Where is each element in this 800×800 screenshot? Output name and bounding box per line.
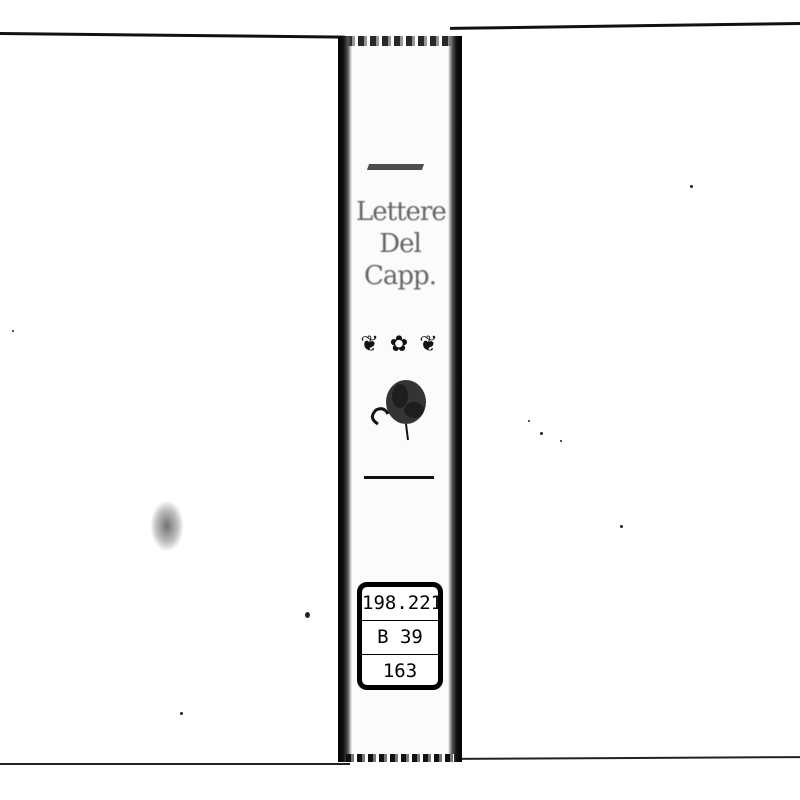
shelfmark-label: 198.221 B 39 163	[357, 582, 443, 690]
spine-title-line: Capp.	[356, 260, 444, 292]
spine-title: Lettere Del Capp.	[356, 196, 444, 292]
board-stain	[150, 500, 184, 552]
speck	[180, 712, 183, 715]
speck	[620, 525, 623, 528]
left-board-top-edge	[0, 32, 345, 39]
speck	[305, 612, 310, 618]
right-board-bottom-edge	[455, 756, 800, 760]
spine-title-line: Lettere	[356, 196, 444, 228]
speck	[12, 330, 14, 332]
spine-headcap	[346, 36, 454, 46]
right-board-top-edge	[450, 22, 800, 30]
title-rule	[367, 164, 424, 170]
shelfmark-class: 198.221	[362, 587, 438, 621]
floral-ornament-icon	[358, 366, 442, 446]
speck	[540, 432, 543, 435]
spine-title-line: Del	[356, 228, 444, 260]
left-board-bottom-edge	[0, 763, 350, 765]
book-spine: Lettere Del Capp. ❦ ✿ ❦ 198.221 B 39 163	[338, 36, 462, 762]
speck	[560, 440, 562, 442]
shelfmark-cutter: B 39	[362, 621, 438, 655]
shelfmark-number: 163	[362, 655, 438, 688]
fleuron-row: ❦ ✿ ❦	[356, 332, 444, 360]
spine-tailcap	[346, 754, 454, 762]
spine-left-joint	[338, 36, 352, 762]
decorative-rule	[364, 476, 434, 479]
book-scan: Lettere Del Capp. ❦ ✿ ❦ 198.221 B 39 163	[0, 0, 800, 800]
spine-right-joint	[448, 36, 462, 762]
speck	[528, 420, 530, 422]
speck	[690, 185, 693, 188]
